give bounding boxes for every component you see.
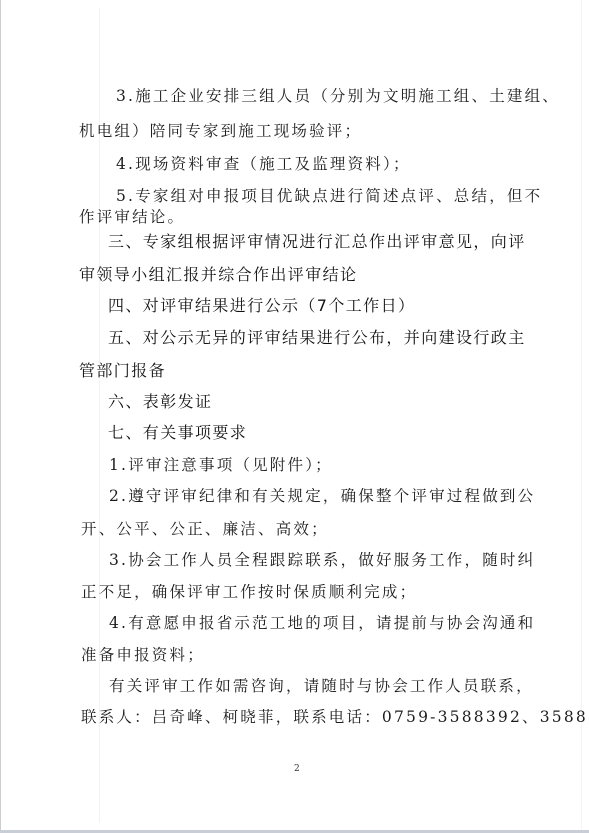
text-line: 作评审结论。 bbox=[79, 207, 185, 227]
section-heading: 管部门报备 bbox=[79, 361, 166, 381]
text-line: 开、公平、公正、廉洁、高效； bbox=[81, 519, 329, 539]
section-heading: 四、对评审结果进行公示（7个工作日） bbox=[108, 296, 415, 316]
text-line: 3.协会工作人员全程跟踪联系，做好服务工作，随时纠 bbox=[109, 550, 535, 570]
page-shadow-right bbox=[581, 0, 582, 830]
text-line: 正不足，确保评审工作按时保质顺利完成； bbox=[81, 582, 417, 602]
text-line: 有关评审工作如需咨询，请随时与协会工作人员联系， bbox=[109, 676, 534, 696]
text-line: 机电组）陪同专家到施工现场验评； bbox=[79, 121, 362, 141]
text-line: 3.施工企业安排三组人员（分别为文明施工组、土建组、 bbox=[116, 86, 560, 106]
text-line: 准备申报资料； bbox=[81, 645, 205, 665]
text-line: 5.专家组对申报项目优缺点进行简述点评、总结，但不 bbox=[116, 186, 542, 206]
text-line: 2.遵守评审纪律和有关规定，确保整个评审过程做到公 bbox=[109, 486, 535, 506]
section-heading: 六、表彰发证 bbox=[108, 392, 212, 412]
section-heading: 审领导小组汇报并综合作出评审结论 bbox=[79, 265, 357, 285]
page-number: 2 bbox=[294, 764, 300, 774]
section-heading: 七、有关事项要求 bbox=[108, 423, 247, 443]
text-line: 4.有意愿申报省示范工地的项目，请提前与协会沟通和 bbox=[109, 613, 535, 633]
document-page: 3.施工企业安排三组人员（分别为文明施工组、土建组、 机电组）陪同专家到施工现场… bbox=[0, 0, 589, 833]
section-heading: 五、对公示无异的评审结果进行公布，并向建设行政主 bbox=[108, 328, 526, 348]
text-line: 4.现场资料审查（施工及监理资料）； bbox=[116, 154, 411, 174]
contact-line: 联系人：吕奇峰、柯晓菲，联系电话：0759-3588392、3588393。 bbox=[81, 707, 589, 727]
text-line: 1.评审注意事项（见附件）； bbox=[109, 455, 333, 475]
section-heading: 三、专家组根据评审情况进行汇总作出评审意见，向评 bbox=[108, 232, 526, 252]
